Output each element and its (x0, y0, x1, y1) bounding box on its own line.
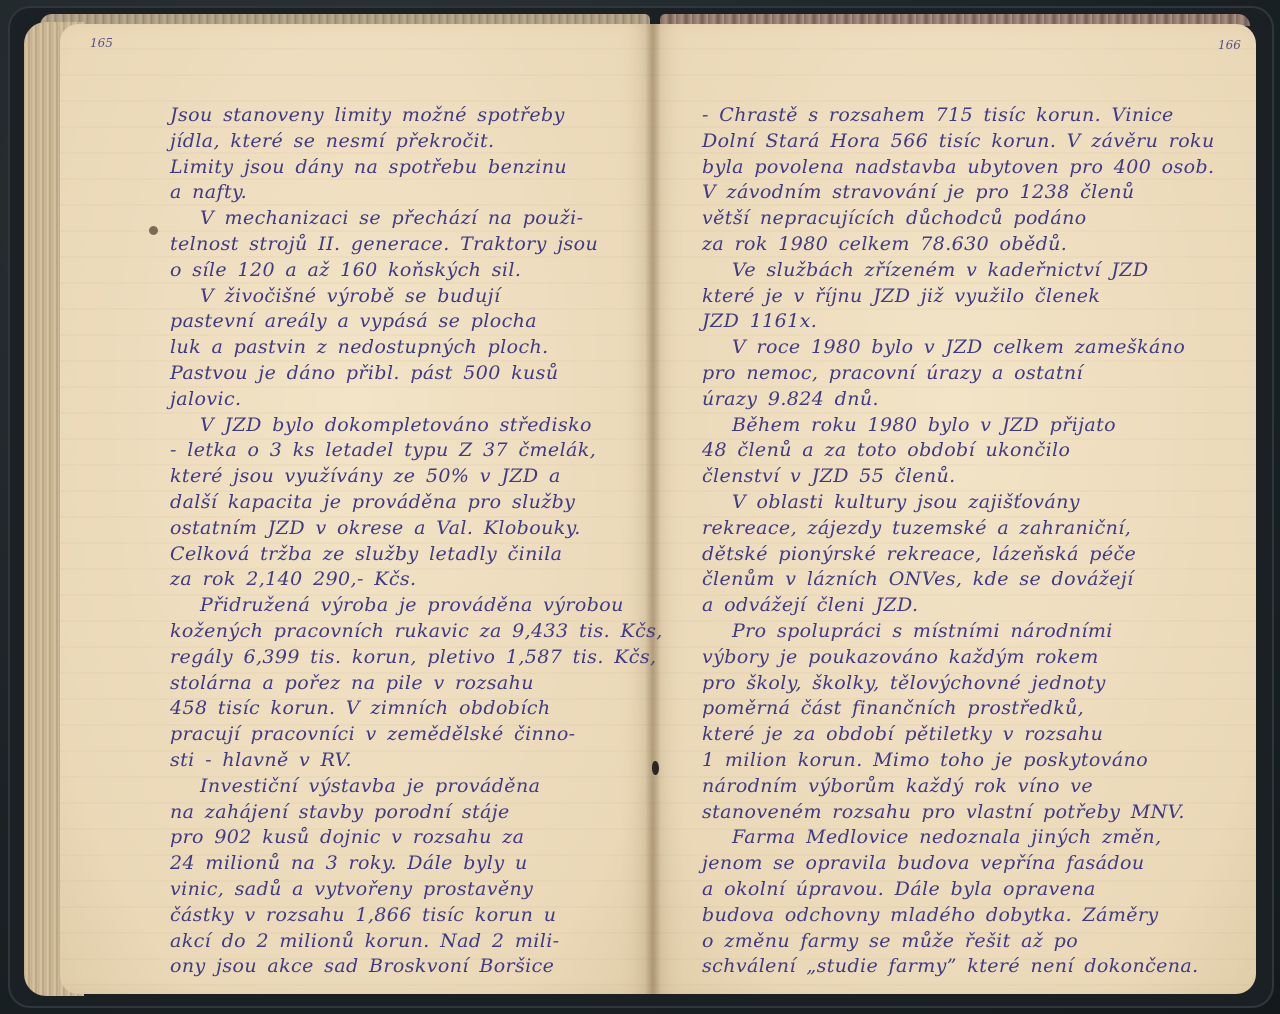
handwritten-line: schválení „studie farmy” které není doko… (702, 951, 1199, 981)
ink-blot (652, 761, 659, 775)
open-notebook-scene: 165 166 Jsou stanoveny limity možné spot… (0, 0, 1280, 1014)
handwritten-line: ony jsou akce sad Broskvoní Boršice (170, 951, 554, 981)
right-page-number: 166 (1218, 38, 1241, 52)
book-gutter (646, 24, 660, 994)
margin-dot (149, 226, 158, 235)
left-page-number: 165 (90, 36, 113, 50)
